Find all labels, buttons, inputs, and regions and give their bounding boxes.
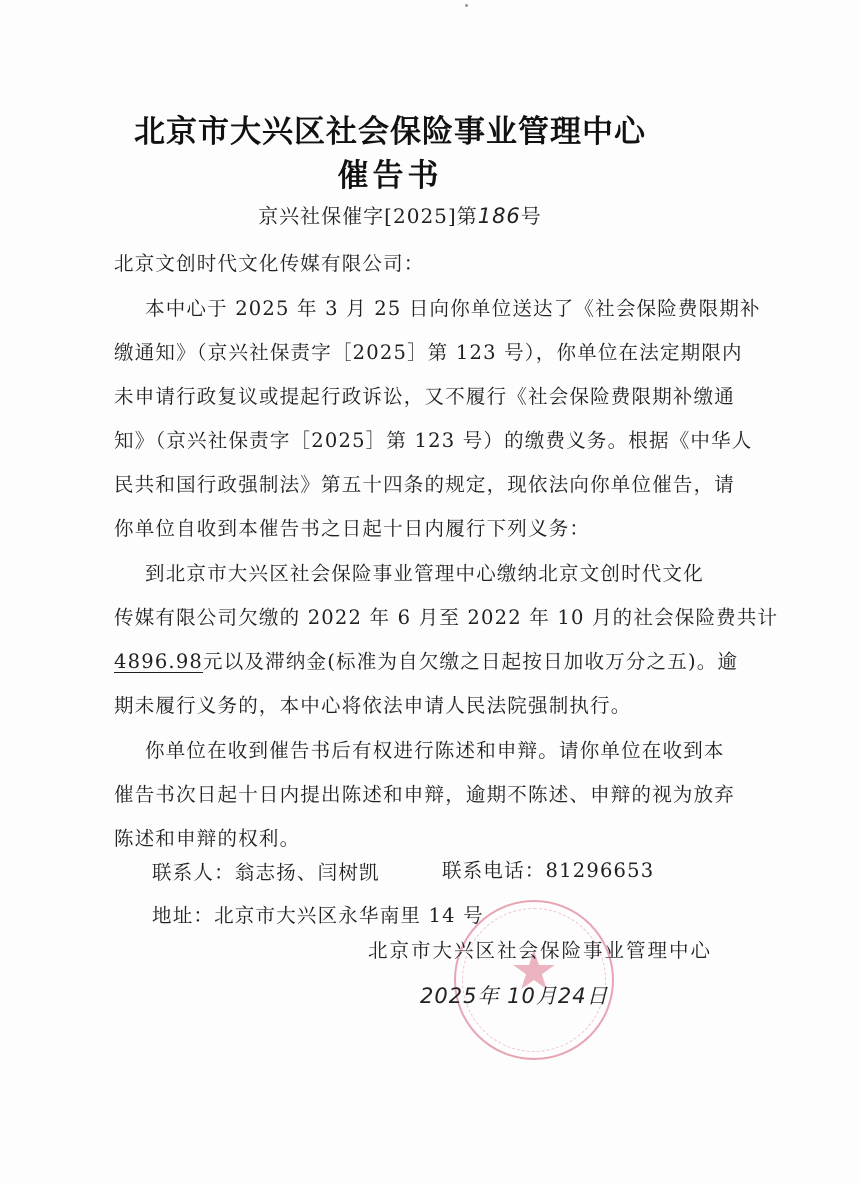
contact-phone-number: 81296653 — [546, 859, 655, 882]
body-line: 你单位在收到催告书后有权进行陈述和申辩。请你单位在收到本 — [145, 735, 725, 763]
address-value: 北京市大兴区永华南里 14 号 — [214, 904, 484, 927]
body-line: 本中心于 2025 年 3 月 25 日向你单位送达了《社会保险费限期补 — [145, 293, 761, 321]
body-line: 陈述和申辩的权利。 — [114, 823, 300, 851]
document-type-title: 催告书 — [0, 150, 780, 195]
contact-phone: 联系电话：81296653 — [442, 855, 654, 883]
body-line: 缴通知》（京兴社保责字［2025］第 123 号），你单位在法定期限内 — [114, 337, 743, 365]
contact-person-names: 翁志扬、闫树凯 — [235, 861, 380, 884]
signing-date: 2025年 10月24日 — [420, 980, 609, 1010]
amount-line: 4896.98元以及滞纳金(标准为自欠缴之日起按日加收万分之五)。逾 — [114, 646, 738, 674]
doc-number-handwritten: 186 — [478, 204, 521, 228]
body-line: 催告书次日起十日内提出陈述和申辩，逾期不陈述、申辩的视为放弃 — [114, 779, 735, 807]
amount-line-text: 元以及滞纳金(标准为自欠缴之日起按日加收万分之五)。逾 — [203, 650, 738, 673]
body-line: 到北京市大兴区社会保险事业管理中心缴纳北京文创时代文化 — [145, 558, 704, 586]
contact-phone-label: 联系电话： — [442, 859, 546, 882]
address-label: 地址： — [152, 904, 214, 927]
contact-person: 联系人：翁志扬、闫树凯 — [152, 857, 380, 885]
body-line: 期未履行义务的，本中心将依法申请人民法院强制执行。 — [114, 690, 632, 718]
contact-person-label: 联系人： — [152, 861, 235, 884]
body-line: 你单位自收到本催告书之日起十日内履行下列义务： — [114, 513, 590, 541]
doc-number-suffix: 号 — [521, 204, 542, 228]
recipient: 北京文创时代文化传媒有限公司： — [114, 248, 425, 276]
signing-organization: 北京市大兴区社会保险事业管理中心 — [368, 935, 712, 963]
doc-number-prefix: 京兴社保催字[2025]第 — [258, 204, 478, 228]
body-line: 知》（京兴社保责字［2025］第 123 号）的缴费义务。根据《中华人 — [114, 425, 753, 453]
body-line: 未申请行政复议或提起行政诉讼，又不履行《社会保险费限期补缴通 — [114, 381, 735, 409]
address: 地址：北京市大兴区永华南里 14 号 — [152, 900, 484, 928]
scan-speck — [465, 4, 468, 7]
body-line: 民共和国行政强制法》第五十四条的规定，现依法向你单位催告，请 — [114, 469, 735, 497]
issuer-title: 北京市大兴区社会保险事业管理中心 — [0, 106, 780, 151]
body-line: 传媒有限公司欠缴的 2022 年 6 月至 2022 年 10 月的社会保险费共… — [114, 602, 778, 630]
document-number: 京兴社保催字[2025]第186号 — [0, 200, 800, 229]
document-page: 北京市大兴区社会保险事业管理中心 催告书 京兴社保催字[2025]第186号 北… — [0, 0, 861, 1183]
amount-due: 4896.98 — [114, 650, 203, 673]
